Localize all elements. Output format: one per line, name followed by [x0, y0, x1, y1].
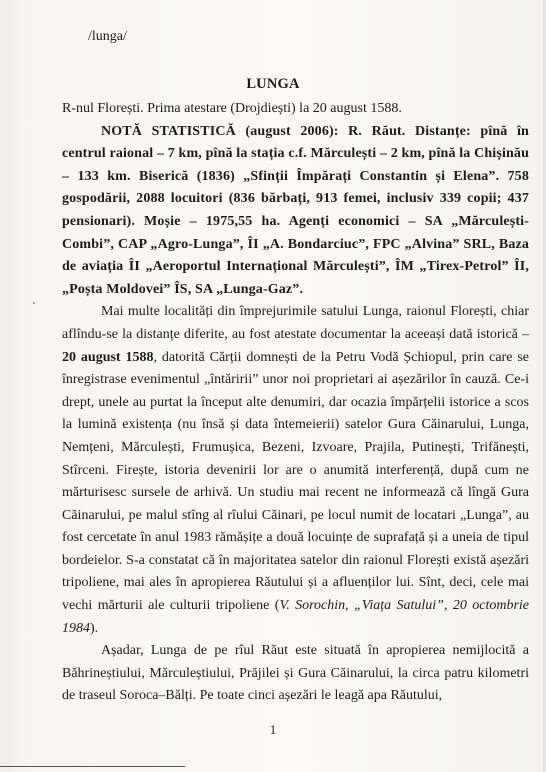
footer-rule	[0, 766, 185, 767]
ink-speck	[33, 302, 35, 304]
scanned-page: /lunga/ LUNGA R-nul Florești. Prima ates…	[0, 0, 546, 772]
paragraph-history-part-3: ).	[90, 621, 98, 636]
paragraph-history-part-2: , datorită Cărții domnești de la Petru V…	[62, 350, 529, 614]
intro-line: R-nul Florești. Prima atestare (Drojdieș…	[62, 98, 529, 121]
header-tag: /lunga/	[88, 29, 127, 45]
statistical-note: NOTĂ STATISTICĂ (august 2006): R. Răut. …	[62, 121, 529, 302]
document-body: R-nul Florești. Prima atestare (Drojdieș…	[62, 98, 529, 708]
paragraph-history: Mai multe localități din împrejurimile s…	[62, 301, 529, 640]
page-number: 1	[0, 722, 546, 738]
document-title: LUNGA	[0, 76, 546, 93]
paragraph-history-part-1: Mai multe localități din împrejurimile s…	[62, 304, 529, 342]
paragraph-location: Așadar, Lunga de pe rîul Răut este situa…	[62, 640, 529, 708]
attestation-date: 20 august 1588	[62, 350, 154, 365]
